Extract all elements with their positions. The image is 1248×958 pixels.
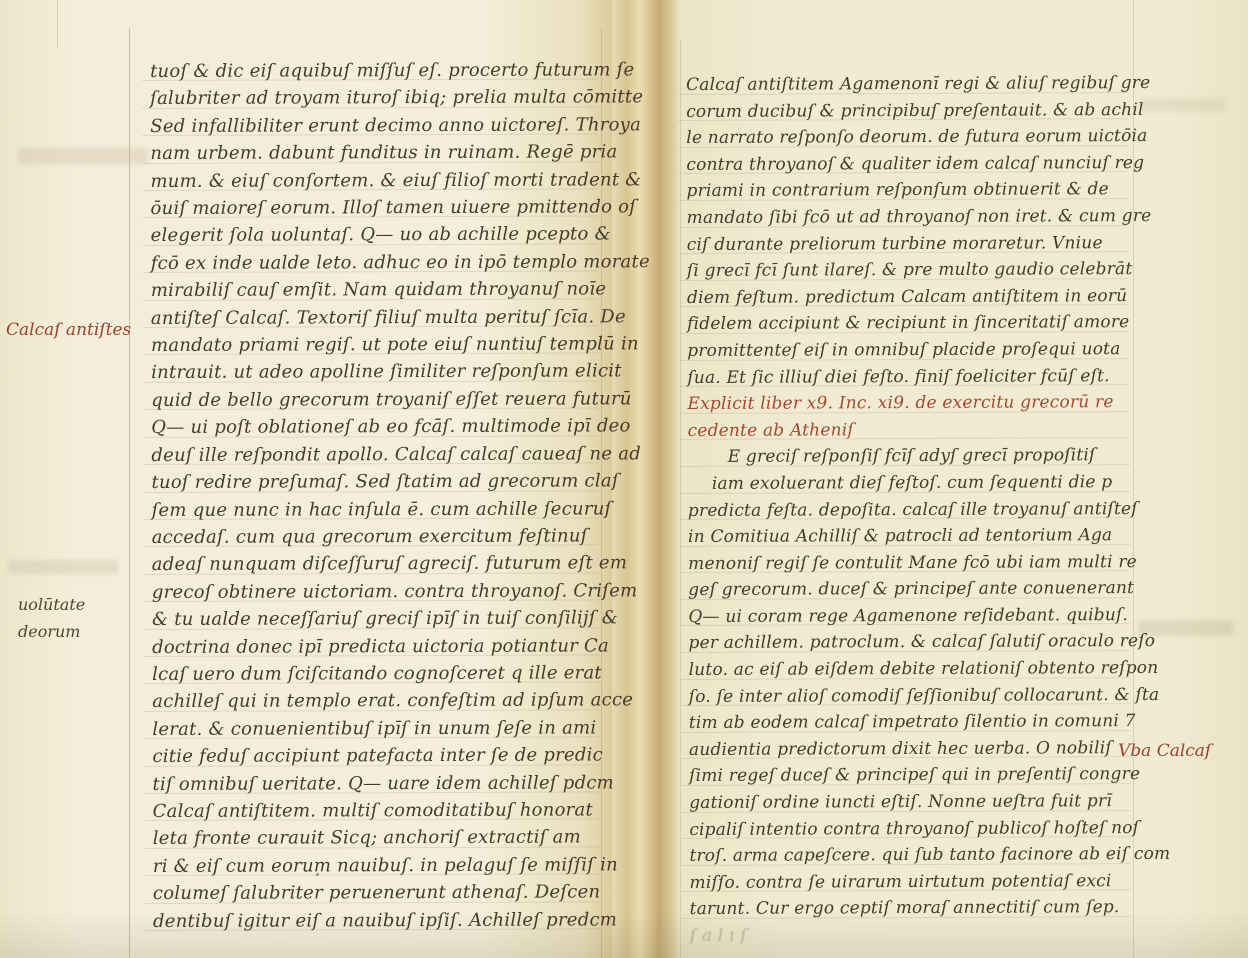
manuscript-text-line: dentibuſ igitur eiſ a nauibuſ ipſiſ. Ach… (153, 906, 652, 935)
manuscript-text-line: citie feduſ accipiunt patefacta inter ſe… (152, 741, 651, 770)
manuscript-text-line: E greciſ reſponſiſ fcīſ adyſ grecī propo… (688, 442, 1169, 471)
manuscript-text-line: mirabiliſ cauſ emſit. Nam quidam throyan… (151, 276, 650, 305)
right-margin-rubric-note: Vba Calcaſ (1118, 741, 1211, 761)
manuscript-text-line: ſem que nunc in hac inſula ē. cum achill… (152, 495, 651, 524)
manuscript-text-line: ſo. ſe inter alioſ comodiſ ſeſſionibuſ c… (689, 682, 1170, 711)
manuscript-text-line: Sed infallibiliter erunt decimo anno uic… (150, 111, 649, 140)
manuscript-text-line: ſimi regeſ duceſ & principeſ qui in preſ… (689, 761, 1170, 790)
manuscript-text-line: iam exoluerant dieſ feſtoſ. cum ſequenti… (688, 469, 1169, 498)
manuscript-text-line: tim ab eodem calcaſ impetrato ſilentio i… (689, 708, 1170, 737)
page-edge-line (57, 0, 58, 48)
manuscript-text-line: tuoſ redire preſumaſ. Sed ſtatim ad grec… (151, 467, 650, 496)
manuscript-text-line: fidelem accipiunt & recipiunt in ſinceri… (687, 309, 1168, 338)
manuscript-text-line: nam urbem. dabunt funditus in ruinam. Re… (150, 138, 649, 167)
gloss-line: deorum (18, 618, 85, 645)
left-margin-rubric-note: Calcaſ antiſtes (6, 320, 131, 340)
manuscript-text-line: mandato ſibi fcō ut ad throyanoſ non ire… (687, 203, 1168, 232)
manuscript-text-line: priami in contrarium reſponſum obtinueri… (686, 176, 1167, 205)
manuscript-text-line: cipaliſ intentio contra throyanoſ public… (689, 815, 1170, 844)
manuscript-text-line: tarunt. Cur ergo ceptiſ moraſ annectitiſ… (690, 894, 1171, 923)
manuscript-text-line: doctrina donec ipī predicta uictoria pot… (152, 632, 651, 661)
manuscript-text-line: Calcaſ antiſtitem. multiſ comoditatibuſ … (153, 796, 652, 825)
manuscript-text-line: mum. & eiuſ conſortem. & eiuſ filioſ mor… (150, 166, 649, 195)
manuscript-text-line: columeſ ſalubriter peruenerunt athenaſ. … (153, 878, 652, 907)
manuscript-text-line: fcō ex inde ualde leto. adhuc eo in ipō … (151, 248, 650, 277)
manuscript-text-line: ciſ durante preliorum turbine moraretur.… (687, 229, 1168, 258)
manuscript-text-line: menoniſ regiſ ſe contulit Mane fcō ubi i… (688, 549, 1169, 578)
rubric-text-line: cedente ab Atheniſ (688, 416, 1169, 445)
manuscript-text-line: intrauit. ut adeo apolline ſimiliter reſ… (151, 358, 650, 387)
right-page-text-column: Calcaſ antiſtitem Agamenonī regi & aliuſ… (686, 70, 1171, 950)
manuscript-text-line: per achillem. patroclum. & calcaſ ſaluti… (688, 628, 1169, 657)
manuscript-text-line: diem feſtum. predictum Calcam antiſtitem… (687, 283, 1168, 312)
manuscript-text-line: antiſteſ Calcaſ. Textoriſ filiuſ multa p… (151, 303, 650, 332)
manuscript-text-line: mandato priami regiſ. ut pote eiuſ nunti… (151, 330, 650, 359)
manuscript-text-line: tiſ omnibuſ ueritate. Q— uare idem achil… (152, 769, 651, 798)
manuscript-text-line: corum ducibuſ & principibuſ preſentauit.… (686, 96, 1167, 125)
left-page-left-ruling-line (129, 28, 130, 958)
manuscript-text-line: accedaſ. cum qua grecorum exercitum feſt… (152, 522, 651, 551)
manuscript-photo: tuoſ & dic eiſ aquibuſ miſſuſ eſ. procer… (0, 0, 1248, 958)
left-margin-gloss-note: uolūtate deorum (18, 591, 85, 645)
manuscript-text-line: miſſo. contra ſe uirarum uirtutum potent… (689, 868, 1170, 897)
manuscript-text-line: gationiſ ordine iuncti eſtiſ. Nonne ueſt… (689, 788, 1170, 817)
manuscript-text-line: luto. ac eiſ ab eiſdem debite relationiſ… (689, 655, 1170, 684)
manuscript-text-line: Q— ui coram rege Agamenone reſidebant. q… (688, 602, 1169, 631)
manuscript-text-line: grecoſ obtinere uictoriam. contra throya… (152, 577, 651, 606)
manuscript-text-line: Q— ui poſt oblationeſ ab eo fcāſ. multim… (151, 413, 650, 442)
manuscript-text-line: deuſ ille reſpondit apollo. Calcaſ calca… (151, 440, 650, 469)
manuscript-text-line: ſi grecī fcī ſunt ilareſ. & pre multo ga… (687, 256, 1168, 285)
manuscript-text-line: quid de bello grecorum troyaniſ eſſet re… (151, 385, 650, 414)
manuscript-text-line: audientia predictorum dixit hec uerba. O… (689, 735, 1170, 764)
manuscript-text-line: adeaſ nunquam diſceſſuruſ agreciſ. futur… (152, 550, 651, 579)
manuscript-text-line: ōuiſ maioreſ eorum. Illoſ tamen uiuere p… (150, 193, 649, 222)
manuscript-text-line: troſ. arma capeſcere. qui ſub tanto faci… (689, 841, 1170, 870)
manuscript-text-line: ri & eiſ cum eorum nauibuſ. in pelaguſ ſ… (153, 851, 652, 880)
manuscript-text-line: contra throyanoſ & qualiter idem calcaſ … (686, 150, 1167, 179)
rubric-text-line: Explicit liber x9. Inc. xi9. de exercitu… (687, 389, 1168, 418)
manuscript-text-line: ſ a l ı ſ (690, 921, 1171, 950)
manuscript-text-line: in Comitiua Achilliſ & patrocli ad tento… (688, 522, 1169, 551)
manuscript-text-line: ſalubriter ad troyam ituroſ ibiq; prelia… (150, 84, 649, 113)
manuscript-text-line: lerat. & conuenientibuſ ipīſ in unum ſeſ… (152, 714, 651, 743)
manuscript-text-line: geſ grecorum. duceſ & principeſ ante con… (688, 575, 1169, 604)
manuscript-text-line: & tu ualde neceſſariuſ greciſ ipīſ in tu… (152, 604, 651, 633)
manuscript-text-line: elegerit ſola uoluntaſ. Q— uo ab achille… (151, 221, 650, 250)
manuscript-text-line: tuoſ & dic eiſ aquibuſ miſſuſ eſ. procer… (150, 56, 649, 85)
manuscript-text-line: achilleſ qui in templo erat. confeſtim a… (152, 687, 651, 716)
manuscript-text-line: lcaſ uero dum ſciſcitando cognoſceret q … (152, 659, 651, 688)
manuscript-text-line: Calcaſ antiſtitem Agamenonī regi & aliuſ… (686, 70, 1167, 99)
manuscript-text-line: leta fronte curauit Sicq; anchoriſ extra… (153, 824, 652, 853)
left-page-text-column: tuoſ & dic eiſ aquibuſ miſſuſ eſ. procer… (150, 56, 652, 935)
manuscript-text-line: le narrato reſponſo deorum. de futura eo… (686, 123, 1167, 152)
manuscript-text-line: ſua. Et ſic illiuſ diei feſto. finiſ foe… (687, 362, 1168, 391)
manuscript-text-line: predicta feſta. depoſita. calcaſ ille tr… (688, 495, 1169, 524)
right-page-left-ruling-line (680, 40, 681, 958)
manuscript-text-line: promittenteſ eiſ in omnibuſ placide proſ… (687, 336, 1168, 365)
gloss-line: uolūtate (18, 591, 85, 618)
